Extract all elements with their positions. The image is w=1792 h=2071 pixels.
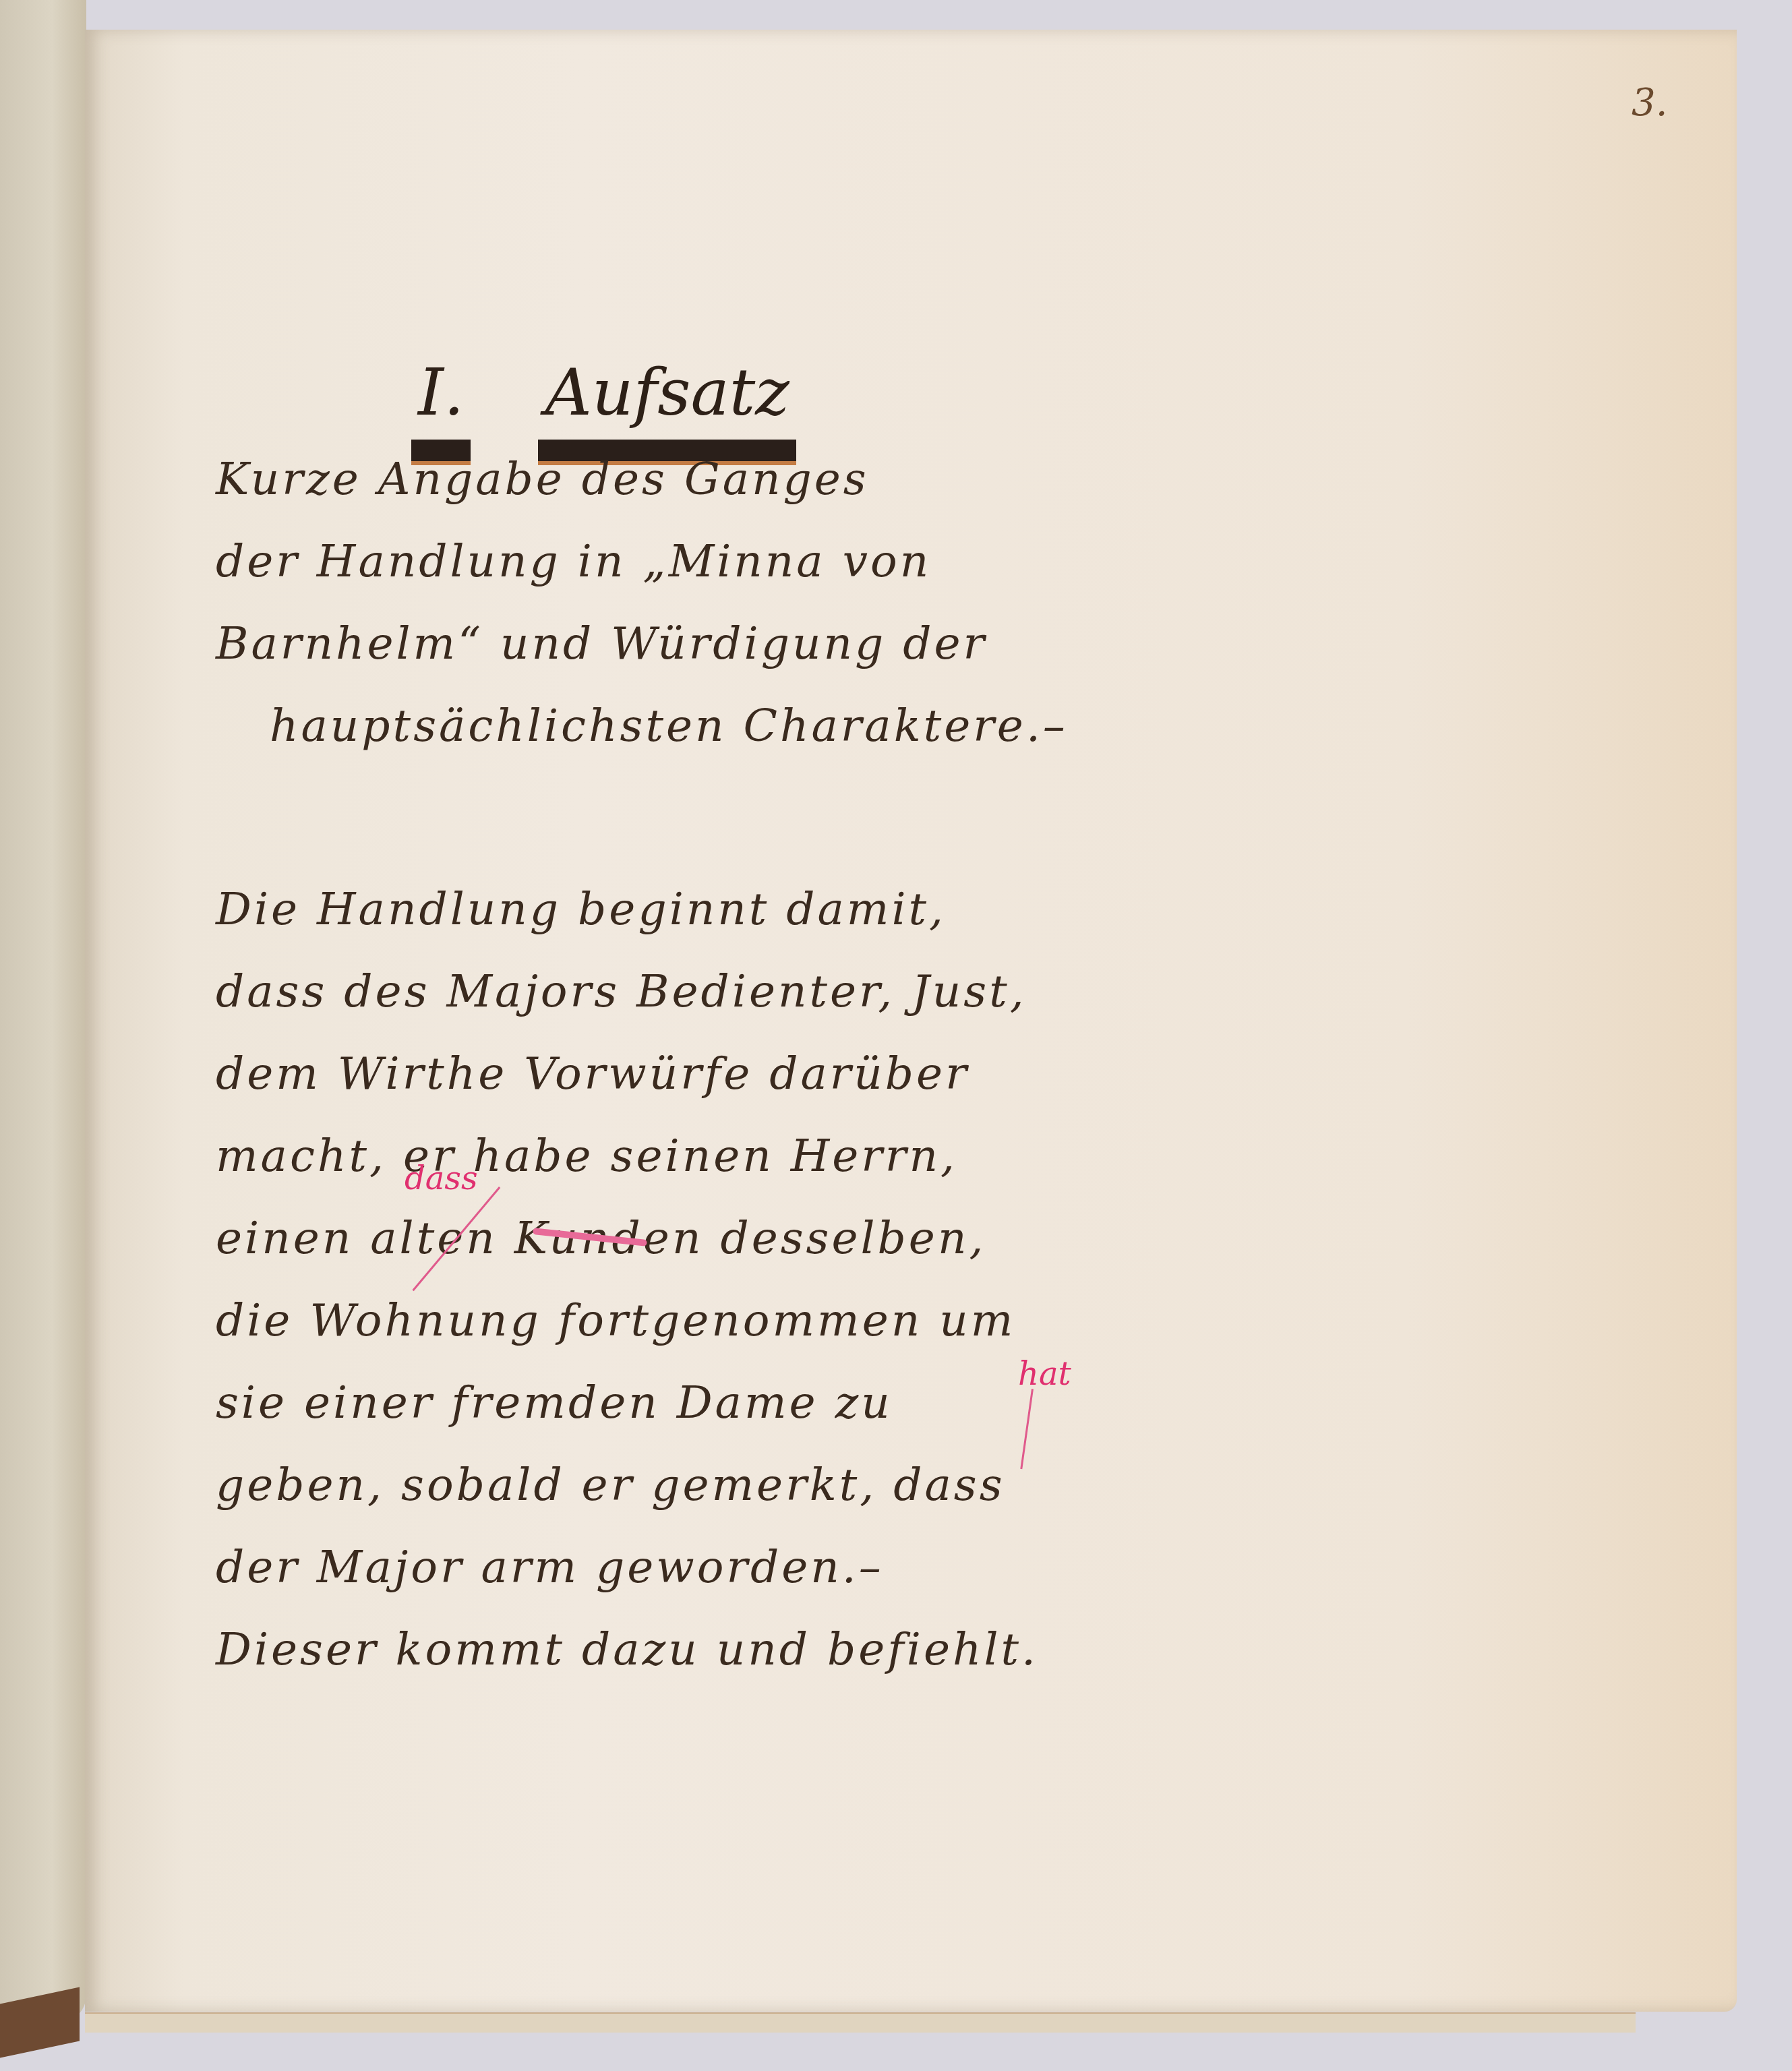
subtitle-line: Kurze Angabe des Ganges [216, 438, 1160, 520]
page-stack-edge [85, 2012, 1636, 2033]
body-line: Dieser kommt dazu und befiehlt. [216, 1609, 1160, 1691]
page-number: 3. [1632, 81, 1667, 125]
subtitle-line: der Handlung in „Minna von [216, 520, 1160, 603]
subtitle-line: hauptsächlichsten Charaktere.– [216, 685, 1160, 767]
body-line: geben, sobald er gemerkt, dass [216, 1444, 1160, 1526]
body-line: macht, er habe seinen Herrn, [216, 1115, 1160, 1197]
correction-insertion: dass [405, 1160, 478, 1197]
title-numeral: I. [418, 360, 464, 425]
paragraph-spacer [216, 767, 1160, 868]
body-line: dass des Majors Bedienter, Just, [216, 951, 1160, 1033]
previous-page-edge [0, 0, 86, 2022]
title-word: Aufsatz [545, 360, 789, 425]
body-line: die Wohnung fortgenommen um [216, 1280, 1160, 1362]
body-line: einen alten Kunden desselben, [216, 1197, 1160, 1280]
subtitle-line: Barnhelm“ und Würdigung der [216, 603, 1160, 685]
body-line: dem Wirthe Vorwürfe darüber [216, 1033, 1160, 1115]
correction-insertion: hat [1018, 1355, 1071, 1393]
text-block: Kurze Angabe des Ganges der Handlung in … [216, 438, 1160, 1691]
body-line: Die Handlung beginnt damit, [216, 868, 1160, 951]
ink-show-through [1160, 364, 1632, 1847]
page-title: I. Aufsatz [418, 337, 789, 425]
body-line: der Major arm geworden.– [216, 1526, 1160, 1609]
